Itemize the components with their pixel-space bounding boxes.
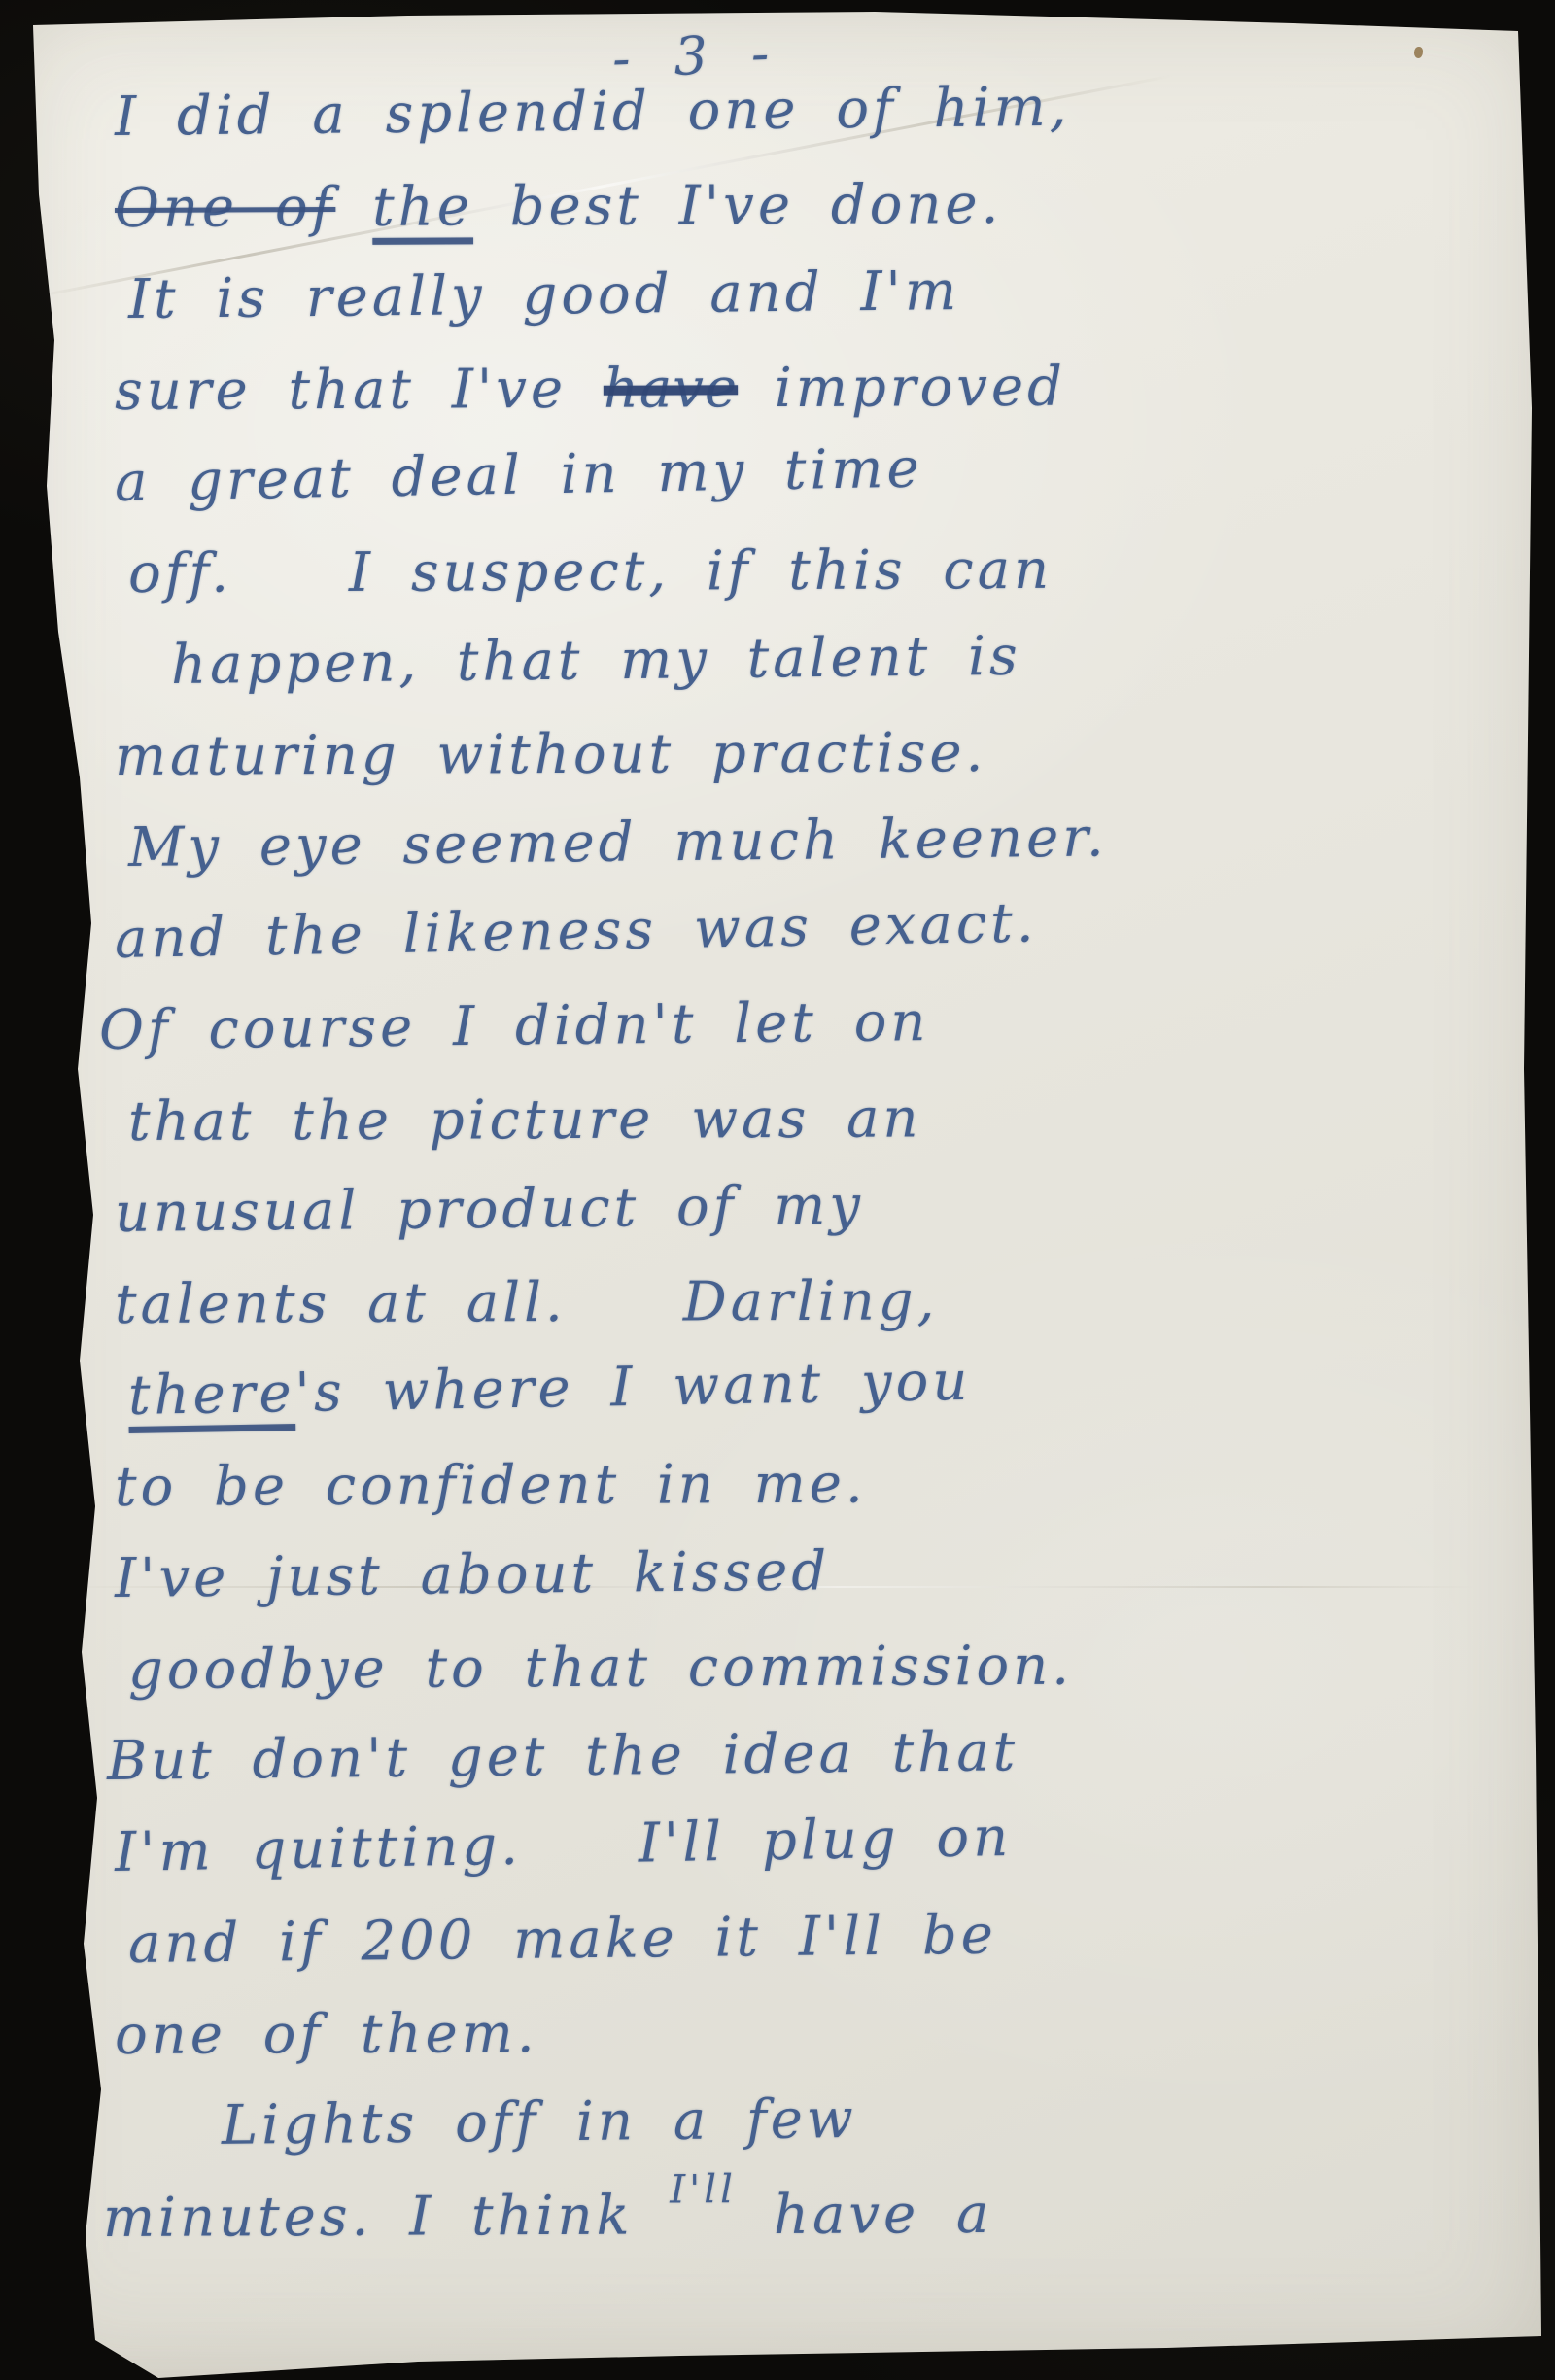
handwriting-segment-strikethrough: One of xyxy=(115,176,336,240)
handwriting-line: one of them. xyxy=(115,1984,1510,2082)
handwriting-segment-inserted-above: I'll xyxy=(670,2144,737,2235)
handwriting-line: I've just about kissed xyxy=(115,1519,1511,1625)
handwriting-segment: minutes. I think xyxy=(103,2184,671,2250)
handwriting-segment-underline: there xyxy=(127,1362,295,1428)
handwriting-line: unusual product of my xyxy=(115,1154,1511,1259)
handwriting-segment: happen, that my talent is xyxy=(171,625,1021,697)
handwriting-line: happen, that my talent is xyxy=(171,606,1511,711)
handwriting-segment: It is really good and I'm xyxy=(128,259,961,331)
handwriting-segment: I'm quitting. I'll plug on xyxy=(114,1806,1012,1884)
handwriting-segment: goodbye to that commission. xyxy=(128,1635,1073,1702)
handwriting-line: to be confident in me. xyxy=(115,1436,1510,1534)
handwriting-segment: Of course I didn't let on xyxy=(99,990,930,1062)
handwriting-segment: 's where I want you xyxy=(294,1350,972,1425)
handwriting-line: minutes. I think I'll have a xyxy=(103,2167,1510,2264)
paper-speck xyxy=(1414,47,1423,58)
letter-paper: - 3 - I did a splendid one of him,One of… xyxy=(0,0,1555,2380)
handwriting-segment: that the picture was an xyxy=(128,1087,922,1154)
handwriting-segment: best I've done. xyxy=(473,173,1003,238)
handwriting-segment: My eye seemed much keener. xyxy=(128,806,1108,880)
handwriting-line: that the picture was an xyxy=(128,1071,1510,1168)
handwriting-segment xyxy=(335,176,372,239)
handwriting-segment: talents at all. Darling, xyxy=(115,1269,939,1336)
handwriting-segment: maturing without practise. xyxy=(115,721,987,788)
handwriting-line: goodbye to that commission. xyxy=(128,1619,1510,1716)
handwriting-segment: and the likeness was exact. xyxy=(114,891,1038,971)
handwriting-segment: But don't get the idea that xyxy=(107,1720,1019,1793)
handwriting-segment: off. I suspect, if this can xyxy=(128,538,1053,605)
handwriting-segment: Lights off in a few xyxy=(222,2087,857,2157)
handwriting-segment: a great deal in my time xyxy=(114,436,923,514)
handwriting-line: and if 200 make it I'll be xyxy=(128,1884,1511,1990)
letter-body: I did a splendid one of him,One of the b… xyxy=(115,72,1510,2264)
handwriting-segment: have a xyxy=(737,2183,992,2247)
handwriting-segment: sure that I've xyxy=(115,358,604,423)
handwriting-segment: one of them. xyxy=(115,2002,538,2067)
handwriting-line: off. I suspect, if this can xyxy=(128,523,1510,620)
handwriting-segment: improved xyxy=(738,356,1066,420)
handwriting-segment: to be confident in me. xyxy=(115,1453,867,1519)
handwriting-line: maturing without practise. xyxy=(115,706,1510,803)
handwriting-segment-scribbled-out: have xyxy=(604,357,739,421)
handwriting-segment: I've just about kissed xyxy=(115,1539,831,1610)
handwriting-line: I did a splendid one of him, xyxy=(115,57,1511,163)
handwriting-line: It is really good and I'm xyxy=(128,240,1511,346)
handwriting-line: Lights off in a few xyxy=(115,2067,1511,2173)
handwriting-segment-underline: the xyxy=(372,175,473,238)
handwriting-segment: unusual product of my xyxy=(115,1174,865,1245)
handwriting-segment: I did a splendid one of him, xyxy=(115,76,1071,149)
handwriting-line: One of the best I've done. xyxy=(115,157,1510,255)
handwriting-line: Of course I didn't let on xyxy=(99,971,1511,1077)
handwriting-segment: and if 200 make it I'll be xyxy=(128,1904,998,1976)
